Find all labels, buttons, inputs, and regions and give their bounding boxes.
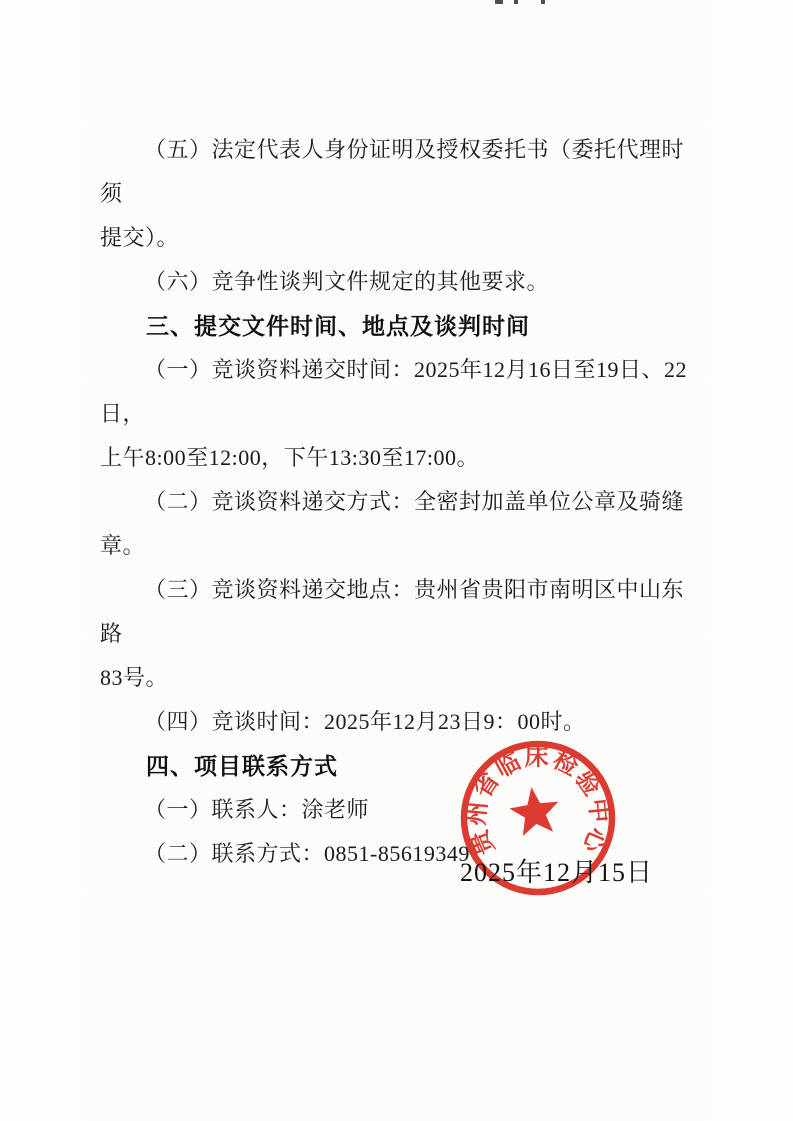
item-submission-place: （三）竞谈资料递交地点：贵州省贵阳市南明区中山东路 83号。 [100, 568, 692, 700]
item-submission-method: （二）竞谈资料递交方式：全密封加盖单位公章及骑缝章。 [100, 480, 692, 568]
scan-edge-artifact [541, 0, 545, 4]
scan-edge-artifact [495, 0, 503, 4]
document-page: （五）法定代表人身份证明及授权委托书（委托代理时须 提交）。 （六）竞争性谈判文… [0, 0, 793, 1121]
sign-date: 2025年12月15日 [460, 852, 653, 889]
clause-legal-rep-id: （五）法定代表人身份证明及授权委托书（委托代理时须 提交）。 [100, 128, 692, 260]
scan-edge-artifact [514, 0, 518, 4]
clause-other-requirements: （六）竞争性谈判文件规定的其他要求。 [100, 260, 692, 304]
section-heading-submission: 三、提交文件时间、地点及谈判时间 [100, 304, 692, 348]
star-icon [509, 787, 558, 836]
item-submission-time: （一）竞谈资料递交时间：2025年12月16日至19日、22日， 上午8:00至… [100, 348, 692, 480]
